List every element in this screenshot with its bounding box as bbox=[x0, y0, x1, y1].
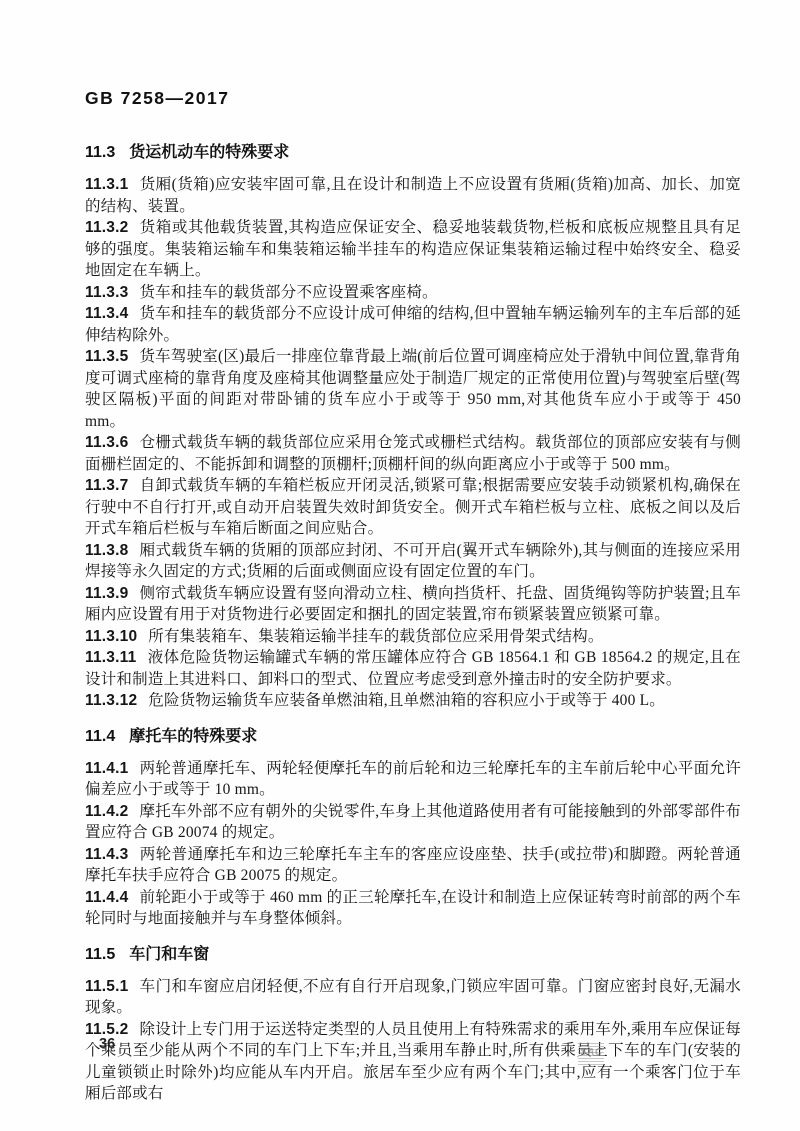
clause: 11.3.12危险货物运输货车应装备单燃油箱,且单燃油箱的容积应小于或等于 40… bbox=[85, 690, 741, 712]
clause: 11.4.2摩托车外部不应有朝外的尖锐零件,车身上其他道路使用者有可能接触到的外… bbox=[85, 801, 741, 844]
clause: 11.4.1两轮普通摩托车、两轮轻便摩托车的前后轮和边三轮摩托车的主车前后轮中心… bbox=[85, 758, 741, 801]
clause: 11.3.6仓栅式载货车辆的载货部位应采用仓笼式或栅栏式结构。载货部位的顶部应安… bbox=[85, 432, 741, 475]
clause-text: 液体危险货物运输罐式车辆的常压罐体应符合 GB 18564.1 和 GB 185… bbox=[85, 649, 741, 688]
clause-number: 11.5.1 bbox=[85, 978, 128, 995]
clause-number: 11.4.1 bbox=[85, 760, 128, 777]
clause: 11.3.10所有集装箱车、集装箱运输半挂车的载货部位应采用骨架式结构。 bbox=[85, 626, 741, 648]
clause-number: 11.3.6 bbox=[85, 434, 128, 451]
clause-text: 两轮普通摩托车、两轮轻便摩托车的前后轮和边三轮摩托车的主车前后轮中心平面允许偏差… bbox=[85, 760, 741, 799]
document-section: 11.4摩托车的特殊要求 11.4.1两轮普通摩托车、两轮轻便摩托车的前后轮和边… bbox=[85, 726, 741, 930]
clause: 11.3.4货车和挂车的载货部分不应设计成可伸缩的结构,但中置轴车辆运输列车的主… bbox=[85, 303, 741, 346]
clause-text: 两轮普通摩托车和边三轮摩托车主车的客座应设座垫、扶手(或拉带)和脚蹬。两轮普通摩… bbox=[85, 846, 741, 885]
clause-text: 自卸式载货车辆的车箱栏板应开闭灵活,锁紧可靠;根据需要应安装手动锁紧机构,确保在… bbox=[85, 477, 741, 537]
clause-text: 前轮距小于或等于 460 mm 的正三轮摩托车,在设计和制造上应保证转弯时前部的… bbox=[85, 889, 741, 928]
section-clauses: 11.5.1车门和车窗应启闭轻便,不应有自行开启现象,门锁应牢固可靠。门窗应密封… bbox=[85, 976, 741, 1105]
clause-number: 11.4.4 bbox=[85, 889, 128, 906]
clause-number: 11.3.1 bbox=[85, 176, 128, 193]
clause-number: 11.3.2 bbox=[85, 219, 128, 236]
clause-number: 11.5.2 bbox=[85, 1021, 128, 1038]
clause-number: 11.3.11 bbox=[85, 649, 136, 666]
section-heading: 11.3货运机动车的特殊要求 bbox=[85, 142, 741, 163]
clause-text: 侧帘式载货车辆应设置有竖向滑动立柱、横向挡货杆、托盘、固货绳钩等防护装置;且车厢… bbox=[85, 585, 741, 624]
clause-text: 货车驾驶室(区)最后一排座位靠背最上端(前后位置可调座椅应处于滑轨中间位置,靠背… bbox=[85, 348, 741, 430]
clause-text: 仓栅式载货车辆的载货部位应采用仓笼式或栅栏式结构。载货部位的顶部应安装有与侧面栅… bbox=[85, 434, 741, 473]
clause-text: 摩托车外部不应有朝外的尖锐零件,车身上其他道路使用者有可能接触到的外部零部件布置… bbox=[85, 803, 741, 842]
document-section: 11.3货运机动车的特殊要求 11.3.1货厢(货箱)应安装牢固可靠,且在设计和… bbox=[85, 142, 741, 712]
clause-number: 11.4.3 bbox=[85, 846, 128, 863]
clause-number: 11.3.12 bbox=[85, 692, 137, 709]
document-section: 11.5车门和车窗 11.5.1车门和车窗应启闭轻便,不应有自行开启现象,门锁应… bbox=[85, 944, 741, 1105]
section-clauses: 11.3.1货厢(货箱)应安装牢固可靠,且在设计和制造上不应设置有货厢(货箱)加… bbox=[85, 174, 741, 712]
document-body: 11.3货运机动车的特殊要求 11.3.1货厢(货箱)应安装牢固可靠,且在设计和… bbox=[85, 142, 741, 1105]
sac-stamp-icon: SAC bbox=[578, 1042, 604, 1065]
clause-text: 厢式载货车辆的货厢的顶部应封闭、不可开启(翼开式车辆除外),其与侧面的连接应采用… bbox=[85, 542, 741, 581]
clause-number: 11.3.7 bbox=[85, 477, 128, 494]
section-number: 11.4 bbox=[85, 728, 115, 745]
section-clauses: 11.4.1两轮普通摩托车、两轮轻便摩托车的前后轮和边三轮摩托车的主车前后轮中心… bbox=[85, 758, 741, 930]
clause: 11.5.2除设计上专门用于运送特定类型的人员且使用上有特殊需求的乘用车外,乘用… bbox=[85, 1019, 741, 1105]
clause: 11.3.7自卸式载货车辆的车箱栏板应开闭灵活,锁紧可靠;根据需要应安装手动锁紧… bbox=[85, 475, 741, 540]
sac-stamp-text: SAC bbox=[580, 1048, 603, 1058]
clause-number: 11.3.8 bbox=[85, 542, 128, 559]
clause-number: 11.3.3 bbox=[85, 284, 128, 301]
section-heading: 11.5车门和车窗 bbox=[85, 944, 741, 965]
clause: 11.4.4前轮距小于或等于 460 mm 的正三轮摩托车,在设计和制造上应保证… bbox=[85, 887, 741, 930]
section-title: 车门和车窗 bbox=[129, 946, 209, 963]
clause: 11.3.9侧帘式载货车辆应设置有竖向滑动立柱、横向挡货杆、托盘、固货绳钩等防护… bbox=[85, 583, 741, 626]
clause-text: 货车和挂车的载货部分不应设置乘客座椅。 bbox=[139, 284, 437, 301]
clause: 11.3.8厢式载货车辆的货厢的顶部应封闭、不可开启(翼开式车辆除外),其与侧面… bbox=[85, 540, 741, 583]
section-title: 摩托车的特殊要求 bbox=[129, 728, 257, 745]
section-title: 货运机动车的特殊要求 bbox=[129, 144, 289, 161]
section-number: 11.3 bbox=[85, 144, 115, 161]
clause: 11.3.11液体危险货物运输罐式车辆的常压罐体应符合 GB 18564.1 和… bbox=[85, 647, 741, 690]
section-number: 11.5 bbox=[85, 946, 115, 963]
clause-number: 11.4.2 bbox=[85, 803, 128, 820]
clause-number: 11.3.9 bbox=[85, 585, 128, 602]
clause-text: 货厢(货箱)应安装牢固可靠,且在设计和制造上不应设置有货厢(货箱)加高、加长、加… bbox=[85, 176, 741, 215]
clause-text: 货箱或其他载货装置,其构造应保证安全、稳妥地装载货物,栏板和底板应规整且具有足够… bbox=[85, 219, 741, 279]
section-heading: 11.4摩托车的特殊要求 bbox=[85, 726, 741, 747]
clause-number: 11.3.4 bbox=[85, 305, 128, 322]
clause: 11.3.3货车和挂车的载货部分不应设置乘客座椅。 bbox=[85, 282, 741, 304]
page-number: 36 bbox=[99, 1036, 115, 1052]
clause-number: 11.3.10 bbox=[85, 628, 137, 645]
document-content: GB 7258—2017 11.3货运机动车的特殊要求 11.3.1货厢(货箱)… bbox=[85, 88, 741, 1105]
clause-text: 危险货物运输货车应装备单燃油箱,且单燃油箱的容积应小于或等于 400 L。 bbox=[148, 692, 665, 709]
clause: 11.3.5货车驾驶室(区)最后一排座位靠背最上端(前后位置可调座椅应处于滑轨中… bbox=[85, 346, 741, 432]
clause: 11.3.1货厢(货箱)应安装牢固可靠,且在设计和制造上不应设置有货厢(货箱)加… bbox=[85, 174, 741, 217]
clause: 11.3.2货箱或其他载货装置,其构造应保证安全、稳妥地装载货物,栏板和底板应规… bbox=[85, 217, 741, 282]
clause-text: 车门和车窗应启闭轻便,不应有自行开启现象,门锁应牢固可靠。门窗应密封良好,无漏水… bbox=[85, 978, 741, 1017]
clause: 11.5.1车门和车窗应启闭轻便,不应有自行开启现象,门锁应牢固可靠。门窗应密封… bbox=[85, 976, 741, 1019]
standard-code: GB 7258—2017 bbox=[85, 88, 741, 109]
clause-number: 11.3.5 bbox=[85, 348, 128, 365]
clause-text: 除设计上专门用于运送特定类型的人员且使用上有特殊需求的乘用车外,乘用车应保证每个… bbox=[85, 1021, 741, 1103]
document-page: GB 7258—2017 11.3货运机动车的特殊要求 11.3.1货厢(货箱)… bbox=[0, 0, 800, 1131]
clause-text: 货车和挂车的载货部分不应设计成可伸缩的结构,但中置轴车辆运输列车的主车后部的延伸… bbox=[85, 305, 741, 344]
clause: 11.4.3两轮普通摩托车和边三轮摩托车主车的客座应设座垫、扶手(或拉带)和脚蹬… bbox=[85, 844, 741, 887]
clause-text: 所有集装箱车、集装箱运输半挂车的载货部位应采用骨架式结构。 bbox=[148, 628, 603, 645]
